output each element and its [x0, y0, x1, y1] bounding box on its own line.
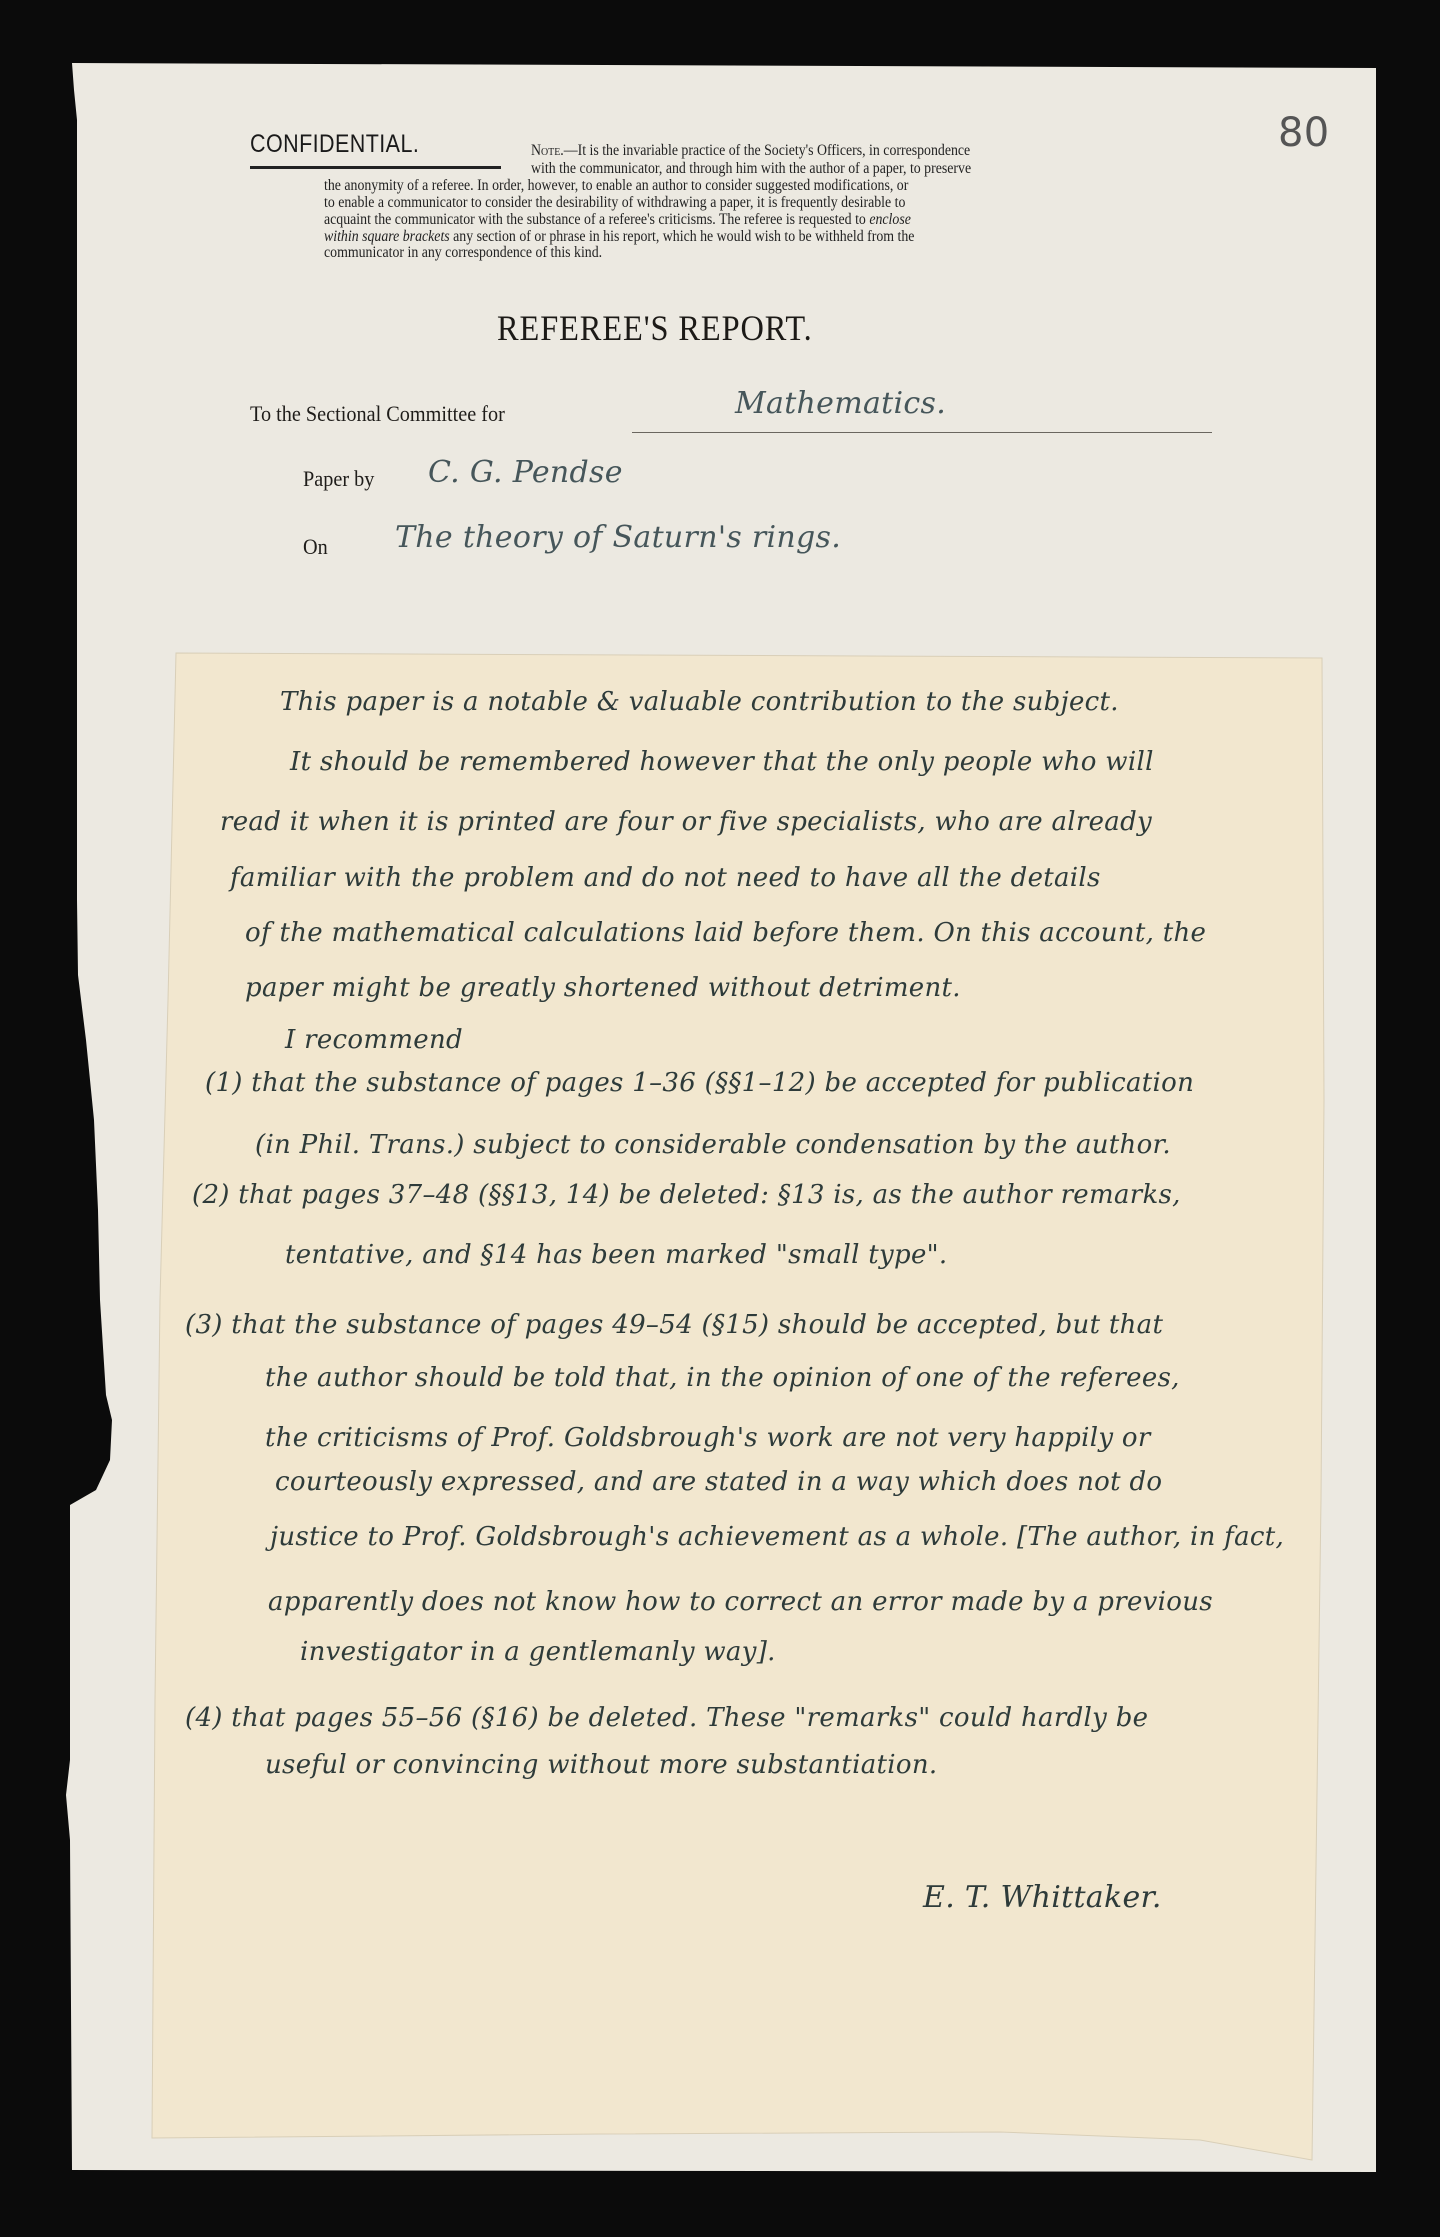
recommendation-3-cont: the author should be told that, in the o…	[265, 1363, 1180, 1393]
on-value: The theory of Saturn's rings.	[395, 520, 841, 555]
recommendation-4-cont: useful or convincing without more substa…	[265, 1750, 937, 1780]
recommendation-3-bracketed: investigator in a gentlemanly way].	[300, 1637, 776, 1667]
committee-label: To the Sectional Committee for	[250, 401, 505, 427]
report-line: of the mathematical calculations laid be…	[245, 918, 1206, 948]
report-line: familiar with the problem and do not nee…	[230, 863, 1101, 893]
recommendation-4: (4) that pages 55–56 (§16) be deleted. T…	[185, 1703, 1148, 1733]
on-label: On	[303, 534, 328, 560]
recommendation-3-cont: justice to Prof. Goldsbrough's achieveme…	[270, 1522, 1284, 1552]
note-line-5: acquaint the communicator with the subst…	[324, 211, 911, 228]
recommendation-3: (3) that the substance of pages 49–54 (§…	[185, 1310, 1163, 1340]
note-line-3: the anonymity of a referee. In order, ho…	[324, 177, 908, 194]
report-title: REFEREE'S REPORT.	[497, 307, 813, 349]
note-line-2: with the communicator, and through him w…	[531, 160, 971, 177]
report-line: I recommend	[285, 1025, 463, 1055]
referee-signature: E. T. Whittaker.	[923, 1880, 1162, 1915]
recommendation-3-cont: courteously expressed, and are stated in…	[275, 1467, 1162, 1497]
paper-by-value: C. G. Pendse	[428, 455, 623, 490]
confidential-underline	[250, 166, 501, 169]
document-scan: 80 CONFIDENTIAL. Note.—It is the invaria…	[0, 0, 1440, 2237]
committee-value: Mathematics.	[735, 386, 946, 421]
recommendation-1: (1) that the substance of pages 1–36 (§§…	[205, 1068, 1194, 1098]
recommendation-1-cont: (in Phil. Trans.) subject to considerabl…	[255, 1130, 1171, 1160]
committee-rule	[632, 432, 1212, 433]
recommendation-2-cont: tentative, and §14 has been marked "smal…	[285, 1240, 947, 1270]
note-line-4: to enable a communicator to consider the…	[324, 194, 905, 211]
paper-by-label: Paper by	[303, 466, 374, 492]
report-line: It should be remembered however that the…	[290, 747, 1154, 777]
page-number: 80	[1278, 110, 1330, 156]
report-line: read it when it is printed are four or f…	[220, 807, 1152, 837]
note-line-6: within square brackets any section of or…	[324, 228, 914, 245]
note-lead: Note.	[531, 142, 564, 159]
report-line: This paper is a notable & valuable contr…	[280, 687, 1119, 717]
note-line-7: communicator in any correspondence of th…	[324, 244, 602, 261]
confidential-label: CONFIDENTIAL.	[250, 130, 419, 159]
note-line-1: Note.—It is the invariable practice of t…	[531, 142, 970, 159]
recommendation-2: (2) that pages 37–48 (§§13, 14) be delet…	[192, 1180, 1181, 1210]
recommendation-3-bracketed: apparently does not know how to correct …	[268, 1587, 1213, 1617]
report-line: paper might be greatly shortened without…	[245, 973, 961, 1003]
recommendation-3-cont: the criticisms of Prof. Goldsbrough's wo…	[265, 1423, 1151, 1453]
